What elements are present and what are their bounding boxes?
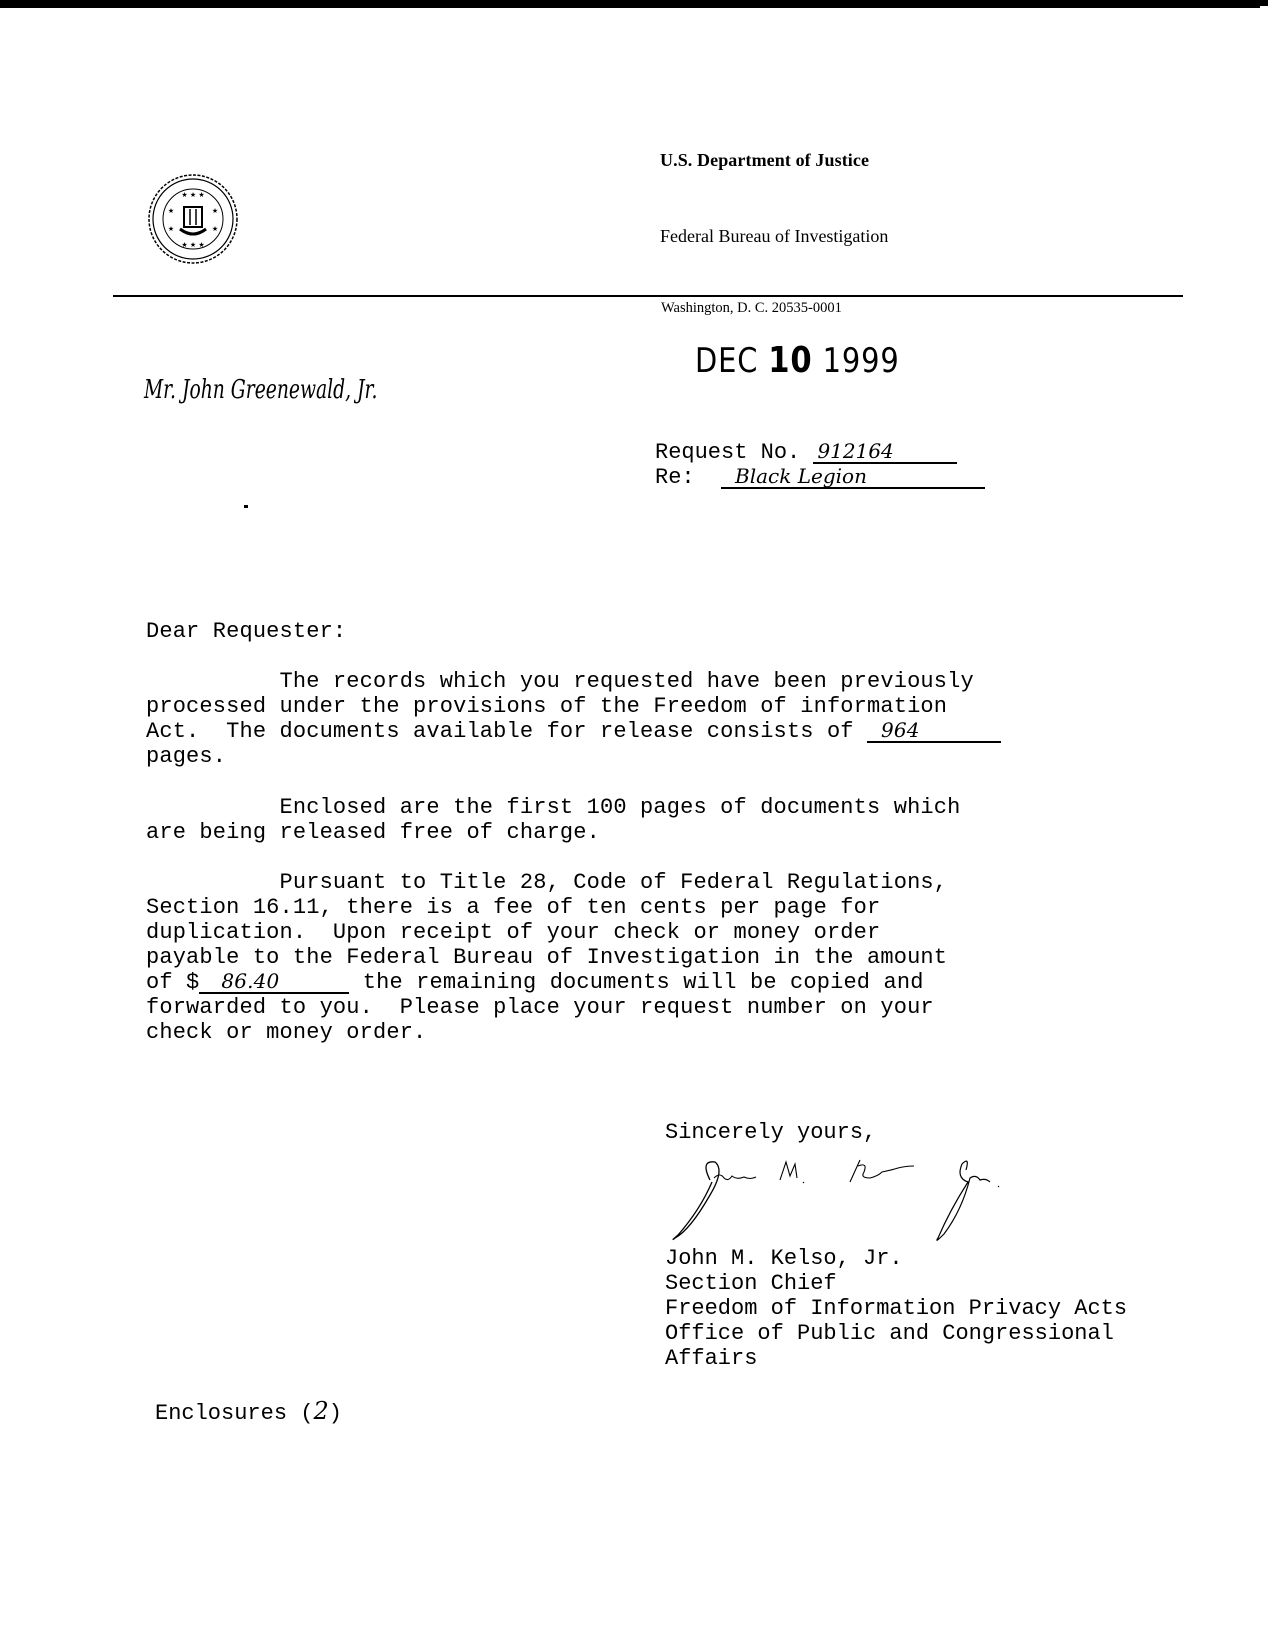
re-subject-value: Black Legion [721, 465, 985, 489]
text-line: Section 16.11, there is a fee of ten cen… [146, 895, 880, 920]
svg-text:★: ★ [212, 225, 218, 233]
department-name: U.S. Department of Justice [660, 150, 869, 171]
signer-title: Section Chief [665, 1271, 837, 1296]
bureau-name: Federal Bureau of Investigation [660, 226, 888, 247]
date-day: 10 [768, 340, 812, 381]
signer-office-line2: Office of Public and Congressional [665, 1321, 1114, 1346]
text-line: Pursuant to Title 28, Code of Federal Re… [146, 870, 947, 895]
handwritten-signature [670, 1150, 1050, 1245]
text-line: Act. The documents available for release… [146, 719, 867, 744]
enclosures-note: Enclosures (2) [155, 1397, 342, 1426]
text-line: The records which you requested have bee… [146, 669, 974, 694]
signer-office-line3: Affairs [665, 1346, 757, 1371]
scan-speck [244, 505, 248, 508]
signer-office-line1: Freedom of Information Privacy Acts [665, 1296, 1127, 1321]
recipient-name: Mr. John Greenewald, Jr. [144, 375, 377, 405]
svg-text:★: ★ [168, 207, 174, 215]
text-line: Enclosed are the first 100 pages of docu… [146, 795, 960, 820]
svg-text:★ ★ ★: ★ ★ ★ [181, 191, 204, 199]
text-line: check or money order. [146, 1020, 426, 1045]
enclosures-count: 2 [313, 1397, 328, 1425]
svg-text:★: ★ [212, 207, 218, 215]
signature-block: John M. Kelso, Jr. Section Chief Freedom… [665, 1246, 1127, 1371]
page-count-value: 964 [867, 719, 1001, 743]
enclosures-close: ) [329, 1401, 342, 1426]
request-number-label: Request No. [655, 440, 800, 465]
date-year: 1999 [823, 341, 900, 381]
fbi-seal-icon: ★ ★ ★ ★★ ★★ ★ ★ ★ [147, 173, 239, 265]
paragraph-records: The records which you requested have bee… [146, 669, 1001, 769]
re-label: Re: [655, 465, 695, 490]
svg-text:★: ★ [168, 225, 174, 233]
date-month: DEC [695, 341, 758, 381]
text-line: of $ [146, 970, 199, 995]
text-line: duplication. Upon receipt of your check … [146, 920, 880, 945]
request-number-value: 912164 [813, 440, 957, 464]
request-block: Request No. 912164 Re: Black Legion [655, 440, 985, 490]
enclosures-label: Enclosures ( [155, 1401, 313, 1426]
svg-text:★ ★ ★: ★ ★ ★ [181, 241, 204, 249]
text-line: forwarded to you. Please place your requ… [146, 995, 934, 1020]
closing: Sincerely yours, [665, 1120, 876, 1145]
salutation: Dear Requester: [146, 619, 346, 644]
text-line: pages. [146, 744, 226, 769]
signer-name: John M. Kelso, Jr. [665, 1246, 903, 1271]
paragraph-fees: Pursuant to Title 28, Code of Federal Re… [146, 870, 947, 1045]
text-line: processed under the provisions of the Fr… [146, 694, 947, 719]
fee-amount-value: 86.40 [199, 970, 349, 994]
scan-top-border-shadow [0, 6, 1260, 8]
text-line: the remaining documents will be copied a… [349, 970, 923, 995]
text-line: payable to the Federal Bureau of Investi… [146, 945, 947, 970]
bureau-address: Washington, D. C. 20535-0001 [661, 300, 842, 317]
letterhead-divider [113, 295, 1183, 297]
text-line: are being released free of charge. [146, 820, 600, 845]
paragraph-enclosed: Enclosed are the first 100 pages of docu… [146, 795, 960, 845]
date-stamp: DEC 10 1999 [695, 340, 900, 381]
